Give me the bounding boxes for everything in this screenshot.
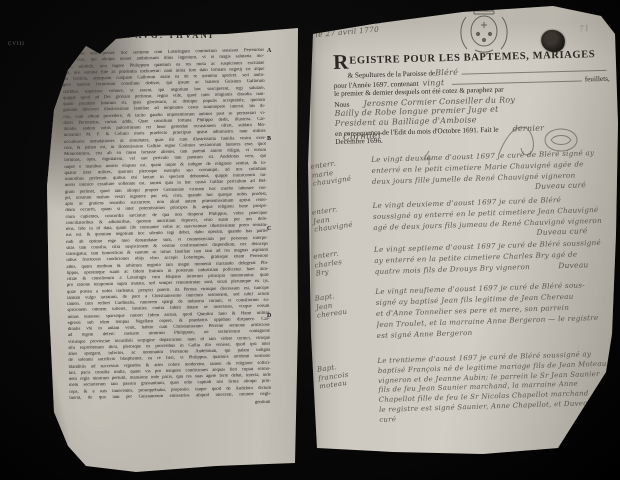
folio-number: 71: [578, 23, 590, 33]
section-letter-a: A: [267, 48, 271, 54]
left-body-text: quod esse non posset. hoc sermone cum Lo…: [62, 48, 271, 402]
entry-margin-note: enterr. Jean chauvigné: [311, 201, 370, 234]
entry-margin-note: Bapt. francois moteau: [316, 358, 375, 391]
section-letter-c: C: [267, 226, 271, 232]
scanned-register-photo: CVIII 726 IAC. AVG. THVANI quod esse non…: [0, 0, 620, 480]
hand-paroisse: Bléré: [435, 68, 458, 78]
right-page: Raporté au greffe le 27 avril 1770: [303, 4, 620, 462]
register-entry: enterr. Jean chauvignéLe vingt deuxieme …: [310, 192, 613, 243]
archival-note: Raporté au greffe le 27 avril 1770: [314, 15, 387, 39]
catchword: gentium: [255, 400, 270, 405]
entries: enterr. marie chauvignéLe vingt deuxieme…: [309, 147, 611, 156]
entry-text: Le vingt neufieme d'aoust 1697 je curé d…: [375, 279, 615, 341]
hand-feuillets-count: vingt: [422, 78, 444, 88]
section-letter-b: B: [267, 136, 271, 142]
title-dropcap: R: [333, 54, 349, 71]
left-page-header: 726 IAC. AVG. THVANI: [62, 30, 263, 40]
register-entry: enterr. charles BryLe vingt septieme d'a…: [312, 236, 615, 277]
entry-margin-note: enterr. charles Bry: [313, 245, 372, 278]
running-header: IAC. AVG. THVANI: [105, 30, 214, 40]
entry-margin-note: enterr. marie chauvigné: [310, 155, 369, 188]
register-entry: Bapt. Jean chereauLe vingt neufieme d'ao…: [313, 278, 617, 342]
register-entry: Bapt. francois moteauLe trentieme d'aous…: [315, 349, 619, 427]
section-letter-d: D: [267, 313, 271, 319]
entry-margin-note: Bapt. Jean chereau: [314, 287, 373, 320]
print-feuillets: feuillets,: [585, 74, 610, 84]
left-page: 726 IAC. AVG. THVANI quod esse non posse…: [46, 26, 298, 472]
entry-text: Le trentieme d'aoust 1697 je curé de Blé…: [377, 349, 617, 425]
left-margin-note: CVIII: [8, 42, 25, 47]
archival-note-line2: le 27 avril 1770: [315, 24, 387, 39]
left-page-number: 726: [62, 34, 73, 40]
title-text: EGISTRE POUR LES BAPTEMES, MARIAGES: [349, 47, 595, 66]
register-entry: enterr. marie chauvignéLe vingt deuxieme…: [309, 147, 612, 198]
entry-text: Le vingt septieme d'aoust 1697 je curé d…: [374, 237, 613, 277]
